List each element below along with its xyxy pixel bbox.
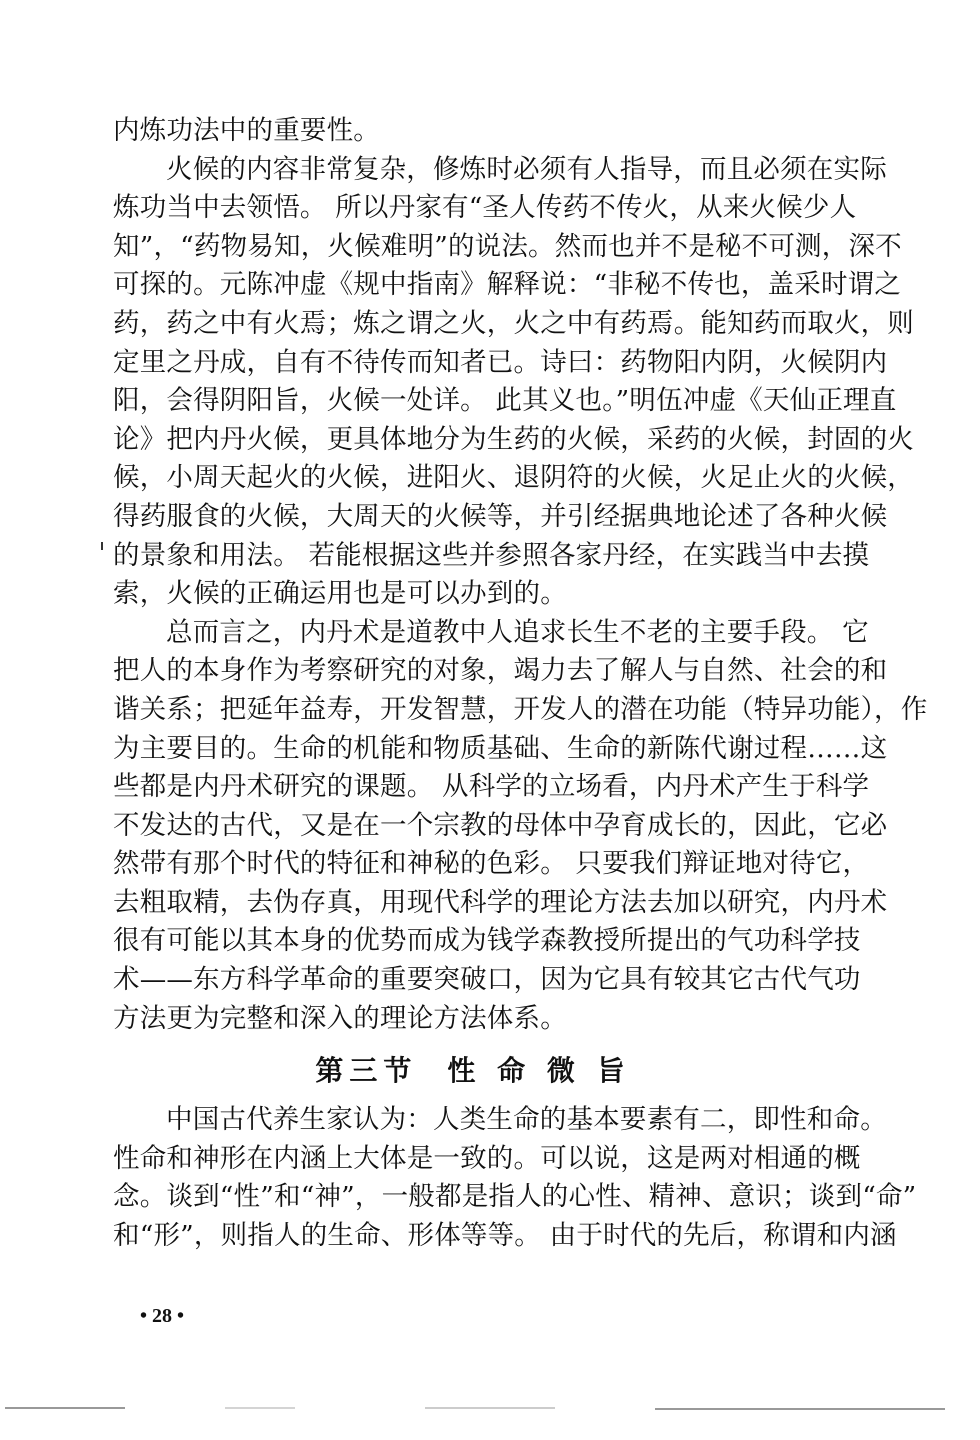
book-page: 内炼功法中的重要性。 火候的内容非常复杂，修炼时必须有人指导，而且必须在实际 炼… [113,112,833,1256]
text-line: 念。谈到“性”和“神”，一般都是指人的心性、精神、意识；谈到“命” [113,1178,833,1217]
text-line: 中国古代养生家认为：人类生命的基本要素有二，即性和命。 [113,1101,833,1140]
scan-edge-line [225,1407,295,1409]
text-line: 为主要目的。生命的机能和物质基础、生命的新陈代谢过程……这 [113,730,833,769]
text-line: 和“形”，则指人的生命、形体等等。 由于时代的先后，称谓和内涵 [113,1217,833,1256]
paragraph-xing-ming: 中国古代养生家认为：人类生命的基本要素有二，即性和命。 性命和神形在内涵上大体是… [113,1101,833,1255]
text-line: 很有可能以其本身的优势而成为钱学森教授所提出的气功科学技 [113,922,833,961]
section-heading: 第三节性 命 微 旨 [113,1041,833,1101]
text-line: 些都是内丹术研究的课题。 从科学的立场看，内丹术产生于科学 [113,768,833,807]
text-line: 总而言之，内丹术是道教中人追求长生不老的主要手段。 它 [113,614,833,653]
paragraph-continuation: 内炼功法中的重要性。 [113,112,833,151]
text-line: 候，小周天起火的火候，进阳火、退阴符的火候，火足止火的火候， [113,459,833,498]
paragraph-fire-timing: 火候的内容非常复杂，修炼时必须有人指导，而且必须在实际 炼功当中去领悟。 所以丹… [113,151,833,614]
section-title: 性 命 微 旨 [447,1054,630,1087]
text-line: 去粗取精，去伪存真，用现代科学的理论方法去加以研究，内丹术 [113,884,833,923]
scan-edge-line [655,1408,945,1410]
page-number: • 28 • [140,1305,184,1328]
text-line: 药，药之中有火焉；炼之谓之火，火之中有药焉。能知药而取火，则 [113,305,833,344]
scan-edge-line [5,1407,125,1409]
text-line: 炼功当中去领悟。 所以丹家有“圣人传药不传火，从来火候少人 [113,189,833,228]
text-line: 火候的内容非常复杂，修炼时必须有人指导，而且必须在实际 [113,151,833,190]
scan-edge-line [425,1407,555,1409]
text-line: 索，火候的正确运用也是可以办到的。 [113,575,833,614]
text-line: 谐关系；把延年益寿，开发智慧，开发人的潜在功能（特异功能），作 [113,691,833,730]
text-line: 知”，“药物易知，火候难明”的说法。然而也并不是秘不可测，深不 [113,228,833,267]
section-number: 第三节 [315,1054,417,1087]
text-line: 方法更为完整和深入的理论方法体系。 [113,1000,833,1039]
paragraph-summary: 总而言之，内丹术是道教中人追求长生不老的主要手段。 它 把人的本身作为考察研究的… [113,614,833,1039]
text-line: 定里之丹成，自有不待传而知者已。诗曰：药物阳内阴，火候阴内 [113,344,833,383]
text-line: 不发达的古代，又是在一个宗教的母体中孕育成长的，因此，它必 [113,807,833,846]
text-line: 得药服食的火候，大周天的火候等，并引经据典地论述了各种火候 [113,498,833,537]
text-line: 可探的。元陈冲虚《规中指南》解释说：“非秘不传也，盖采时谓之 [113,266,833,305]
text-line: 论》把内丹火候，更具体地分为生药的火候，采药的火候，封固的火 [113,421,833,460]
text-line: 性命和神形在内涵上大体是一致的。可以说，这是两对相通的概 [113,1140,833,1179]
text-line: 把人的本身作为考察研究的对象，竭力去了解人与自然、社会的和 [113,652,833,691]
text-line: 内炼功法中的重要性。 [113,112,833,151]
scan-speck [101,542,103,550]
text-line: 阳，会得阴阳旨，火候一处详。 此其义也。”明伍冲虚《天仙正理直 [113,382,833,421]
text-line: 的景象和用法。 若能根据这些并参照各家丹经，在实践当中去摸 [113,537,833,576]
text-line: 然带有那个时代的特征和神秘的色彩。 只要我们辩证地对待它， [113,845,833,884]
text-line: 术——东方科学革命的重要突破口，因为它具有较其它古代气功 [113,961,833,1000]
